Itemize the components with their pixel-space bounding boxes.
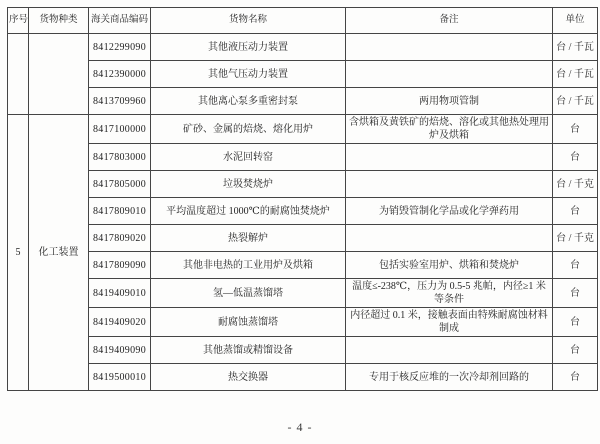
table-row: 8417809020热裂解炉台 / 千克 [8, 225, 598, 252]
category-cell [29, 34, 89, 115]
goods-name-cell: 其他气压动力装置 [151, 61, 346, 88]
header-remark: 备注 [346, 8, 553, 34]
goods-name-cell: 其他蒸馏或精馏设备 [151, 337, 346, 364]
remark-cell: 专用于核反应堆的一次冷却剂回路的 [346, 364, 553, 391]
remark-cell: 为销毁管制化学品或化学弹药用 [346, 198, 553, 225]
customs-code-cell: 8417805000 [89, 171, 151, 198]
customs-code-cell: 8412390000 [89, 61, 151, 88]
goods-name-cell: 矿砂、金属的焙烧、熔化用炉 [151, 115, 346, 144]
customs-code-cell: 8417809090 [89, 252, 151, 279]
table-row: 8419500010热交换器专用于核反应堆的一次冷却剂回路的台 [8, 364, 598, 391]
customs-code-cell: 8417809010 [89, 198, 151, 225]
unit-cell: 台 / 千克 [553, 225, 598, 252]
table-row: 8412299090其他液压动力装置台 / 千瓦 [8, 34, 598, 61]
serial-cell: 5 [8, 115, 29, 391]
table-row: 8419409010氢—低温蒸馏塔温度≤-238℃，压力为 0.5-5 兆帕，内… [8, 279, 598, 308]
table-header-row: 序号 货物种类 海关商品编码 货物名称 备注 单位 [8, 8, 598, 34]
customs-code-cell: 8419409090 [89, 337, 151, 364]
customs-code-cell: 8419500010 [89, 364, 151, 391]
goods-name-cell: 平均温度超过 1000℃的耐腐蚀焚烧炉 [151, 198, 346, 225]
header-customs-code: 海关商品编码 [89, 8, 151, 34]
unit-cell: 台 [553, 337, 598, 364]
table-row: 8417803000水泥回转窑台 [8, 144, 598, 171]
unit-cell: 台 [553, 279, 598, 308]
customs-code-cell: 8419409020 [89, 308, 151, 337]
goods-name-cell: 热裂解炉 [151, 225, 346, 252]
goods-name-cell: 其他液压动力装置 [151, 34, 346, 61]
remark-cell [346, 61, 553, 88]
goods-name-cell: 热交换器 [151, 364, 346, 391]
goods-table-body: 8412299090其他液压动力装置台 / 千瓦8412390000其他气压动力… [8, 34, 598, 391]
remark-cell [346, 225, 553, 252]
unit-cell: 台 [553, 308, 598, 337]
goods-table: 序号 货物种类 海关商品编码 货物名称 备注 单位 8412299090其他液压… [7, 7, 598, 391]
table-row: 8413709960其他离心泵多重密封泵两用物项管制台 / 千瓦 [8, 88, 598, 115]
header-serial: 序号 [8, 8, 29, 34]
header-goods-name: 货物名称 [151, 8, 346, 34]
table-row: 8417809090其他非电热的工业用炉及烘箱包括实验室用炉、烘箱和焚烧炉台 [8, 252, 598, 279]
goods-name-cell: 水泥回转窑 [151, 144, 346, 171]
unit-cell: 台 / 千克 [553, 171, 598, 198]
customs-code-cell: 8417100000 [89, 115, 151, 144]
remark-cell [346, 34, 553, 61]
remark-cell: 温度≤-238℃，压力为 0.5-5 兆帕，内径≥1 米等条件 [346, 279, 553, 308]
remark-cell: 包括实验室用炉、烘箱和焚烧炉 [346, 252, 553, 279]
page-number: - 4 - [0, 420, 600, 435]
remark-cell [346, 171, 553, 198]
unit-cell: 台 / 千瓦 [553, 61, 598, 88]
customs-code-cell: 8417803000 [89, 144, 151, 171]
header-unit: 单位 [553, 8, 598, 34]
unit-cell: 台 [553, 198, 598, 225]
goods-name-cell: 其他离心泵多重密封泵 [151, 88, 346, 115]
unit-cell: 台 / 千瓦 [553, 34, 598, 61]
unit-cell: 台 [553, 115, 598, 144]
remark-cell [346, 337, 553, 364]
unit-cell: 台 / 千瓦 [553, 88, 598, 115]
table-row: 8412390000其他气压动力装置台 / 千瓦 [8, 61, 598, 88]
table-row: 8417805000垃圾焚烧炉台 / 千克 [8, 171, 598, 198]
header-category: 货物种类 [29, 8, 89, 34]
remark-cell [346, 144, 553, 171]
remark-cell: 两用物项管制 [346, 88, 553, 115]
table-row: 5化工装置8417100000矿砂、金属的焙烧、熔化用炉含烘箱及黄铁矿的焙烧、溶… [8, 115, 598, 144]
category-cell: 化工装置 [29, 115, 89, 391]
goods-name-cell: 氢—低温蒸馏塔 [151, 279, 346, 308]
unit-cell: 台 [553, 364, 598, 391]
serial-cell [8, 34, 29, 115]
document-page: 序号 货物种类 海关商品编码 货物名称 备注 单位 8412299090其他液压… [0, 0, 600, 444]
goods-name-cell: 垃圾焚烧炉 [151, 171, 346, 198]
customs-code-cell: 8419409010 [89, 279, 151, 308]
table-row: 8419409090其他蒸馏或精馏设备台 [8, 337, 598, 364]
remark-cell: 内径超过 0.1 米，接触表面由特殊耐腐蚀材料制成 [346, 308, 553, 337]
table-row: 8419409020耐腐蚀蒸馏塔内径超过 0.1 米，接触表面由特殊耐腐蚀材料制… [8, 308, 598, 337]
unit-cell: 台 [553, 144, 598, 171]
table-row: 8417809010平均温度超过 1000℃的耐腐蚀焚烧炉为销毁管制化学品或化学… [8, 198, 598, 225]
customs-code-cell: 8413709960 [89, 88, 151, 115]
unit-cell: 台 [553, 252, 598, 279]
goods-name-cell: 耐腐蚀蒸馏塔 [151, 308, 346, 337]
customs-code-cell: 8412299090 [89, 34, 151, 61]
remark-cell: 含烘箱及黄铁矿的焙烧、溶化或其他热处理用炉及烘箱 [346, 115, 553, 144]
customs-code-cell: 8417809020 [89, 225, 151, 252]
goods-name-cell: 其他非电热的工业用炉及烘箱 [151, 252, 346, 279]
